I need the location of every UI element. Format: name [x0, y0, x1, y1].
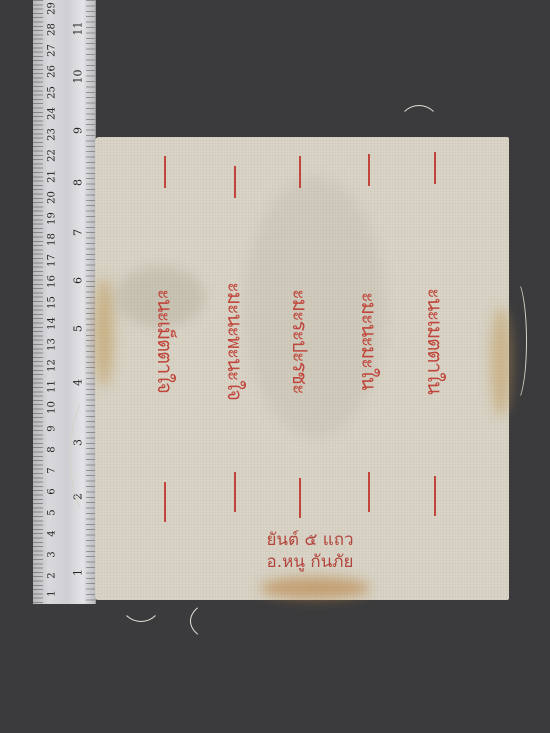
loose-thread: [398, 105, 440, 147]
ruler-cm-label: 14: [47, 315, 58, 333]
yantra-script: ะนะเมตตาใน: [423, 206, 447, 476]
ruler-cm-label: 24: [47, 105, 58, 123]
ruler-inch-label: 6: [72, 274, 85, 288]
ruler-inch-label: 10: [72, 70, 85, 84]
column-top-stem: [164, 156, 166, 188]
ruler-cm-label: 19: [47, 210, 58, 228]
ruler-cm-label: 22: [47, 147, 58, 165]
ruler-cm-label: 16: [47, 273, 58, 291]
yantra-script: ะมะนะพะนะใจ: [223, 206, 247, 476]
ruler-inch-label: 9: [72, 124, 85, 138]
ruler-inch-label: 4: [72, 376, 85, 390]
column-top-stem: [368, 154, 370, 186]
ruler-cm-label: 5: [47, 504, 58, 522]
column-bottom-stem: [164, 482, 166, 522]
ruler-inch-label: 1: [72, 566, 85, 580]
ruler-inch-label: 7: [72, 226, 85, 240]
ruler-cm-label: 11: [47, 378, 58, 396]
ruler-inch-label: 5: [72, 322, 85, 336]
yantra-column-1: ะนะเม็ตตาใจ: [153, 156, 177, 526]
ruler-cm-label: 2: [47, 567, 58, 585]
stain: [260, 577, 370, 599]
yantra-column-2: ะมะนะพะนะใจ: [223, 156, 247, 526]
loose-thread: [70, 395, 112, 517]
ruler-cm-label: 13: [47, 336, 58, 354]
ruler-cm-label: 27: [47, 42, 58, 60]
ruler-cm-label: 9: [47, 420, 58, 438]
ruler-cm-label: 3: [47, 546, 58, 564]
column-bottom-stem: [234, 472, 236, 512]
ruler-cm-label: 26: [47, 63, 58, 81]
column-bottom-stem: [434, 476, 436, 516]
ruler-cm-label: 18: [47, 231, 58, 249]
ruler-cm-label: 4: [47, 525, 58, 543]
ruler-cm-label: 1: [47, 585, 58, 603]
ruler-cm-label: 29: [47, 0, 58, 18]
ruler-cm-label: 7: [47, 462, 58, 480]
ruler-cm-label: 17: [47, 252, 58, 270]
ruler-cm-ticks: [33, 0, 43, 604]
ruler-cm-label: 25: [47, 84, 58, 102]
column-top-stem: [234, 166, 236, 198]
column-top-stem: [434, 152, 436, 184]
loose-thread: [505, 280, 527, 402]
column-bottom-stem: [368, 472, 370, 512]
ruler-cm-label: 12: [47, 357, 58, 375]
loose-thread: [190, 600, 252, 642]
ruler-cm-label: 15: [47, 294, 58, 312]
yantra-script: ะมะระปะรชะ: [288, 206, 312, 476]
yantra-script: ะมะนะมะใน: [357, 206, 381, 476]
ruler-cm-label: 10: [47, 399, 58, 417]
ruler-cm-label: 23: [47, 126, 58, 144]
yantra-column-4: ะมะนะมะใน: [357, 156, 381, 526]
caption-author: อ.หนู กันภัย: [235, 548, 385, 575]
stain: [95, 277, 113, 387]
ruler-cm-label: 21: [47, 168, 58, 186]
loose-thread: [120, 580, 162, 622]
yantra-column-5: ะนะเมตตาใน: [423, 156, 447, 526]
ruler-cm-label: 8: [47, 441, 58, 459]
ruler-inch-label: 8: [72, 176, 85, 190]
ruler-inch-label: 11: [72, 22, 85, 36]
column-bottom-stem: [299, 478, 301, 518]
yantra-script: ะนะเม็ตตาใจ: [153, 206, 177, 476]
column-top-stem: [299, 156, 301, 188]
ruler-cm-label: 28: [47, 21, 58, 39]
yantra-column-3: ะมะระปะรชะ: [288, 156, 312, 526]
ruler-cm-label: 6: [47, 483, 58, 501]
ruler-cm-label: 20: [47, 189, 58, 207]
